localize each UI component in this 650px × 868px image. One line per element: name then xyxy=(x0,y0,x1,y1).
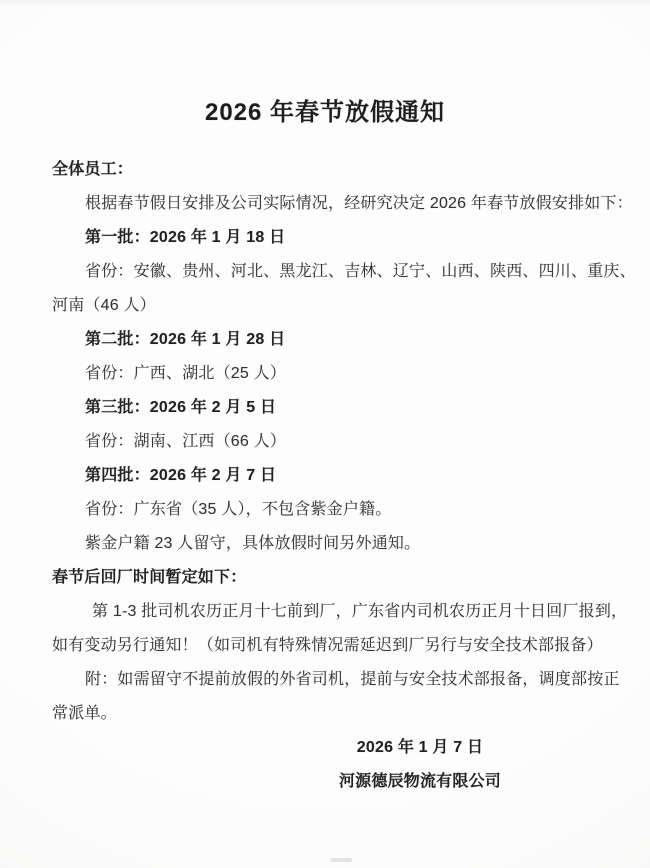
signature-company: 河源德辰物流有限公司 xyxy=(242,765,598,799)
batch-3-provinces: 省份：湖南、江西（66 人） xyxy=(52,425,598,459)
batch-2-provinces: 省份：广西、湖北（25 人） xyxy=(52,357,598,391)
batch-1-provinces-line-2: 河南（46 人） xyxy=(52,289,598,323)
notice-body: 全体员工： 根据春节假日安排及公司实际情况，经研究决定 2026 年春节放假安排… xyxy=(52,153,598,731)
photo-smudge-artifact xyxy=(330,858,352,862)
return-time-line-1: 第 1-3 批司机农历正月十七前到厂，广东省内司机农历正月十日回厂报到， xyxy=(52,595,598,629)
batch-1-heading: 第一批：2026 年 1 月 18 日 xyxy=(52,221,598,255)
return-time-heading: 春节后回厂时间暂定如下： xyxy=(52,561,598,595)
appendix-line-2: 常派单。 xyxy=(52,697,598,731)
batch-1-provinces-line-1: 省份：安徽、贵州、河北、黑龙江、吉林、辽宁、山西、陕西、四川、重庆、 xyxy=(52,255,598,289)
batch-4-provinces: 省份：广东省（35 人），不包含紫金户籍。 xyxy=(52,493,598,527)
batch-4-heading: 第四批：2026 年 2 月 7 日 xyxy=(52,459,598,493)
salutation: 全体员工： xyxy=(52,153,598,187)
signature-block: 2026 年 1 月 7 日 河源德辰物流有限公司 xyxy=(242,731,598,799)
return-time-line-2: 如有变动另行通知！（如司机有特殊情况需延迟到厂另行与安全技术部报备） xyxy=(52,629,598,663)
appendix-line-1: 附：如需留守不提前放假的外省司机，提前与安全技术部报备，调度部按正 xyxy=(52,663,598,697)
batch-2-heading: 第二批：2026 年 1 月 28 日 xyxy=(52,323,598,357)
notice-title: 2026 年春节放假通知 xyxy=(52,96,598,130)
zijin-note: 紫金户籍 23 人留守，具体放假时间另外通知。 xyxy=(52,527,598,561)
batch-3-heading: 第三批：2026 年 2 月 5 日 xyxy=(52,391,598,425)
intro-paragraph: 根据春节假日安排及公司实际情况，经研究决定 2026 年春节放假安排如下： xyxy=(52,187,598,221)
signature-date: 2026 年 1 月 7 日 xyxy=(242,731,598,765)
notice-page: 2026 年春节放假通知 全体员工： 根据春节假日安排及公司实际情况，经研究决定… xyxy=(0,0,650,868)
